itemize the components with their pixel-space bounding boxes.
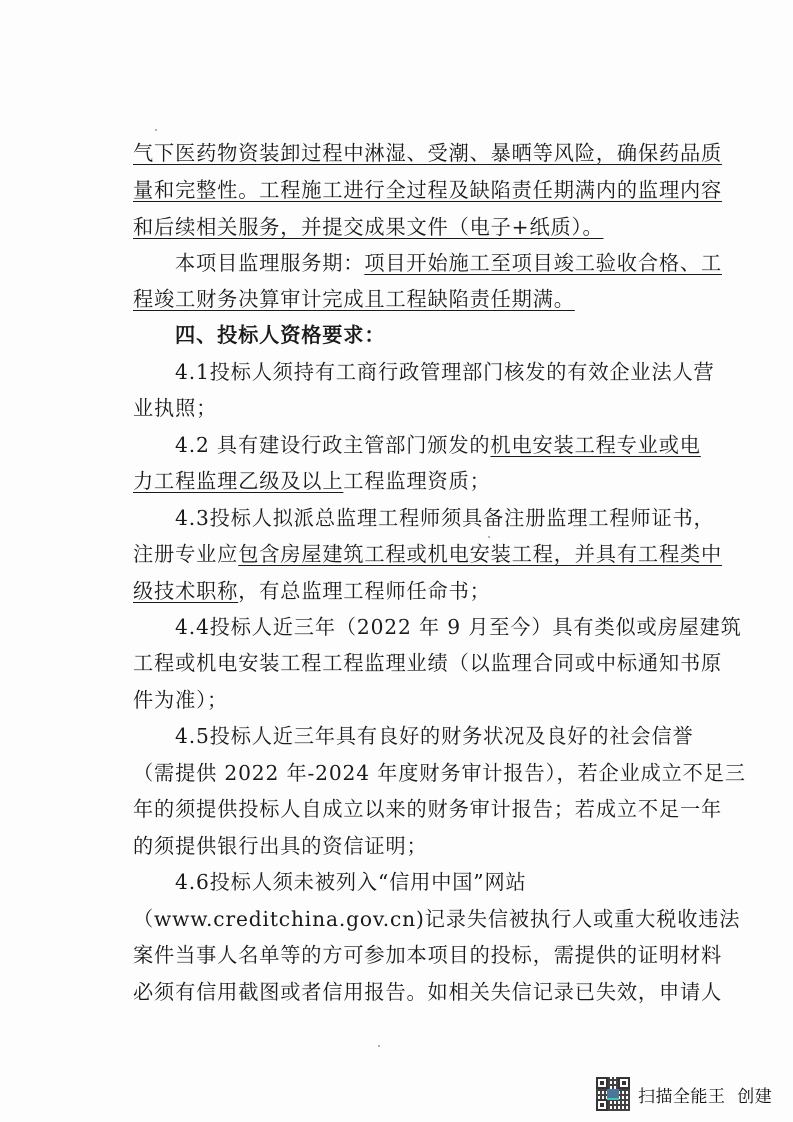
text-line: （www.creditchina.gov.cn)记录失信被执行人或重大税收违法 (133, 904, 740, 934)
text-line: 件为准）； (133, 685, 228, 715)
text-line: 4.2 具有建设行政主管部门颁发的机电安装工程专业或电 (175, 430, 701, 460)
text-segment: 案件当事人名单等的方可参加本项目的投标，需提供的证明材料 (133, 943, 722, 967)
scan-speck (580, 378, 582, 380)
text-line: 本项目监理服务期：项目开始施工至项目竣工验收合格、工 (175, 248, 722, 278)
text-segment: 注册专业应 (133, 542, 238, 566)
underlined-text: 机电安装工程专业或电 (490, 433, 700, 457)
section-heading: 四、投标人资格要求： (175, 320, 385, 350)
underlined-text: 级技术职称 (133, 579, 238, 603)
text-segment: （www.creditchina.gov.cn)记录失信被执行人或重大税收违法 (133, 907, 740, 931)
text-line: 案件当事人名单等的方可参加本项目的投标，需提供的证明材料 (133, 940, 722, 970)
text-line: （需提供 2022 年-2024 年度财务审计报告），若企业成立不足三 (133, 758, 746, 788)
text-segment: 4.2 具有建设行政主管部门颁发的 (175, 433, 490, 457)
text-segment: 业执照； (133, 396, 217, 420)
text-line: 4.6投标人须未被列入“信用中国”网站 (175, 867, 527, 897)
text-line: 4.5投标人近三年具有良好的财务状况及良好的社会信誉 (175, 721, 694, 751)
text-segment: 4.5投标人近三年具有良好的财务状况及良好的社会信誉 (175, 724, 694, 748)
text-segment: 件为准）； (133, 688, 228, 712)
text-line: 4.3投标人拟派总监理工程师须具备注册监理工程师证书， (175, 503, 715, 533)
text-line: 4.4投标人近三年（2022 年 9 月至今）具有类似或房屋建筑 (175, 612, 742, 642)
underlined-text: 量和完整性。工程施工进行全过程及缺陷责任期满内的监理内容 (133, 178, 722, 202)
underlined-text: 气下医药物资装卸过程中淋湿、受潮、暴晒等风险，确保药品质 (133, 141, 722, 165)
text-segment: 4.1投标人须持有工商行政管理部门核发的有效企业法人营 (175, 360, 715, 384)
underlined-text: 力工程监理乙级及以上 (133, 469, 343, 493)
text-line: 和后续相关服务，并提交成果文件（电子+纸质）。 (133, 212, 604, 242)
text-segment: 的须提供银行出具的资信证明； (133, 834, 428, 858)
text-segment: （需提供 2022 年-2024 年度财务审计报告），若企业成立不足三 (133, 761, 746, 785)
text-segment: 4.6投标人须未被列入“信用中国”网站 (175, 870, 527, 894)
scan-speck (378, 1045, 380, 1047)
text-line: 级技术职称，有总监理工程师任命书； (133, 576, 491, 606)
text-line: 工程或机电安装工程工程监理业绩（以监理合同或中标通知书原 (133, 648, 722, 678)
text-line: 年的须提供投标人自成立以来的财务审计报告；若成立不足一年 (133, 794, 722, 824)
text-line: 业执照； (133, 393, 217, 423)
watermark-text: 扫描全能王 创建 (638, 1082, 772, 1107)
text-segment: ，有总监理工程师任命书； (238, 579, 490, 603)
text-segment: 工程或机电安装工程工程监理业绩（以监理合同或中标通知书原 (133, 651, 722, 675)
text-segment: 本项目监理服务期： (175, 251, 364, 275)
text-line: 的须提供银行出具的资信证明； (133, 831, 428, 861)
text-segment: 工程监理资质； (343, 469, 490, 493)
scan-speck (488, 536, 490, 538)
text-segment: 4.4投标人近三年（2022 年 9 月至今）具有类似或房屋建筑 (175, 615, 742, 639)
scan-speck (155, 129, 157, 131)
text-segment: 四、投标人资格要求： (175, 323, 385, 347)
text-line: 必须有信用截图或者信用报告。如相关失信记录已失效，申请人 (133, 977, 722, 1007)
text-segment: 4.3投标人拟派总监理工程师须具备注册监理工程师证书， (175, 506, 715, 530)
text-line: 力工程监理乙级及以上工程监理资质； (133, 466, 491, 496)
underlined-text: 包含房屋建筑工程或机电安装工程，并具有工程类中 (238, 542, 722, 566)
underlined-text: 和后续相关服务，并提交成果文件（电子+纸质）。 (133, 215, 604, 239)
qr-code-icon (596, 1077, 630, 1111)
underlined-text: 程竣工财务决算审计完成且工程缺陷责任期满。 (133, 287, 575, 311)
scanner-watermark: 扫描全能王 创建 (596, 1076, 772, 1112)
text-line: 注册专业应包含房屋建筑工程或机电安装工程，并具有工程类中 (133, 539, 722, 569)
underlined-text: 项目开始施工至项目竣工验收合格、工 (364, 251, 722, 275)
text-line: 量和完整性。工程施工进行全过程及缺陷责任期满内的监理内容 (133, 175, 722, 205)
text-line: 程竣工财务决算审计完成且工程缺陷责任期满。 (133, 284, 575, 314)
text-line: 4.1投标人须持有工商行政管理部门核发的有效企业法人营 (175, 357, 715, 387)
text-line: 气下医药物资装卸过程中淋湿、受潮、暴晒等风险，确保药品质 (133, 138, 722, 168)
document-page: 气下医药物资装卸过程中淋湿、受潮、暴晒等风险，确保药品质量和完整性。工程施工进行… (0, 0, 793, 1122)
text-segment: 年的须提供投标人自成立以来的财务审计报告；若成立不足一年 (133, 797, 722, 821)
text-segment: 必须有信用截图或者信用报告。如相关失信记录已失效，申请人 (133, 980, 722, 1004)
